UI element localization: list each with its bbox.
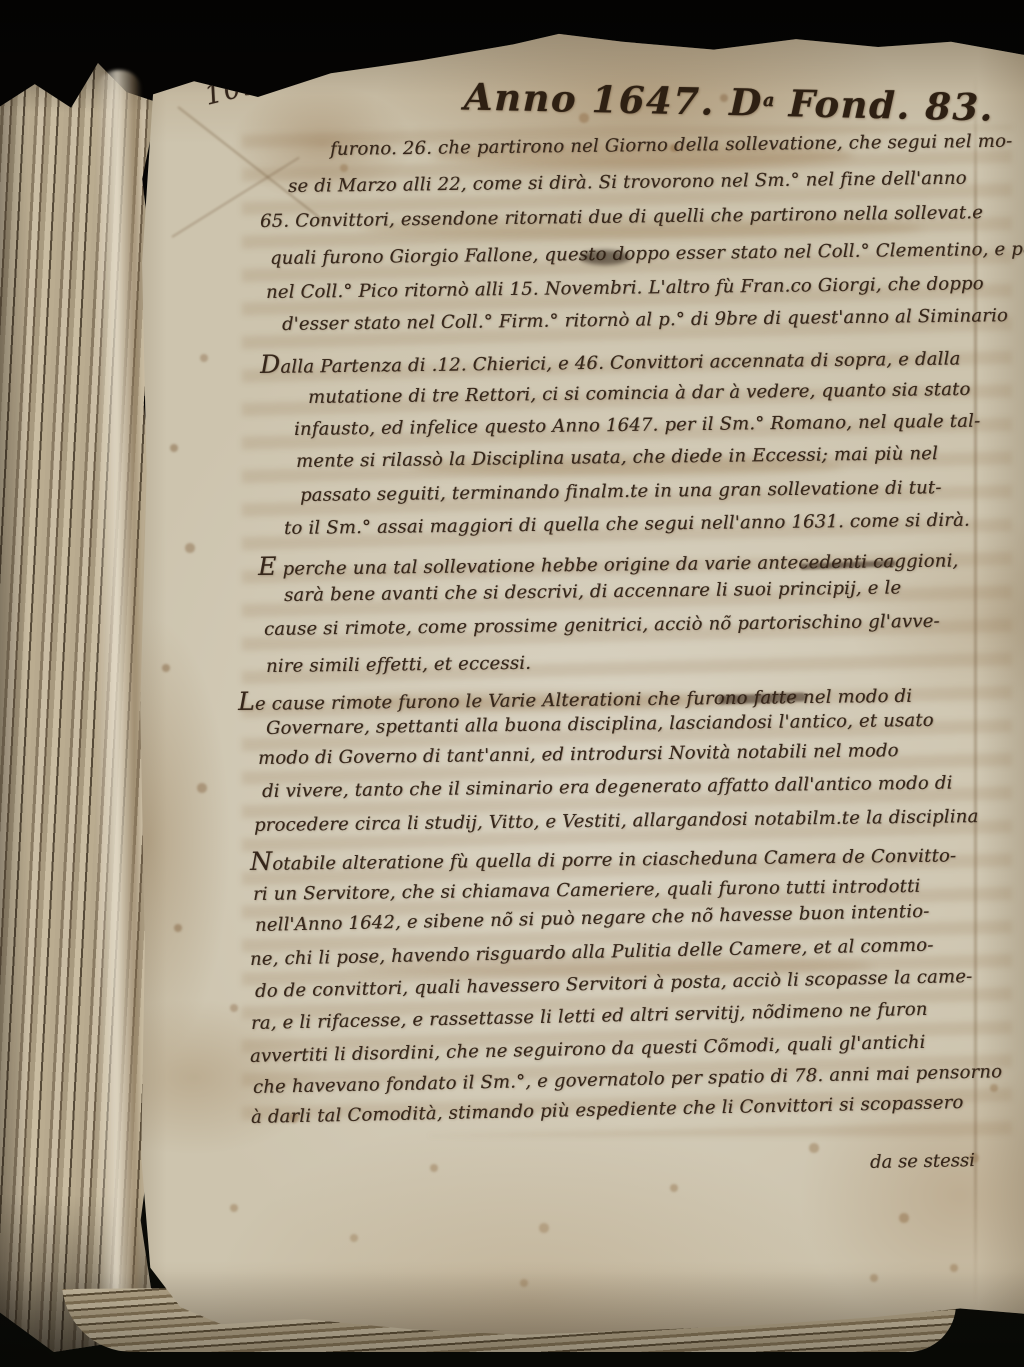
heading-text: Fond. 83. [774,81,995,130]
text-line-16: nire simili effetti, et eccessi. [266,652,531,679]
heading-text: Anno 1647. D [464,74,764,124]
manuscript-photo: 1098 Anno 1647. Da Fond. 83. furono. 26.… [0,0,1024,1367]
page-edge-highlight [96,70,142,1320]
page-number: 1098 [202,65,283,110]
page-heading: Anno 1647. Da Fond. 83. [464,74,995,129]
catchword: da se stessi [870,1149,975,1174]
manuscript-page: 1098 Anno 1647. Da Fond. 83. furono. 26.… [112,26,1024,1340]
ink-blot [580,250,630,265]
foxing-speckles [112,26,116,30]
